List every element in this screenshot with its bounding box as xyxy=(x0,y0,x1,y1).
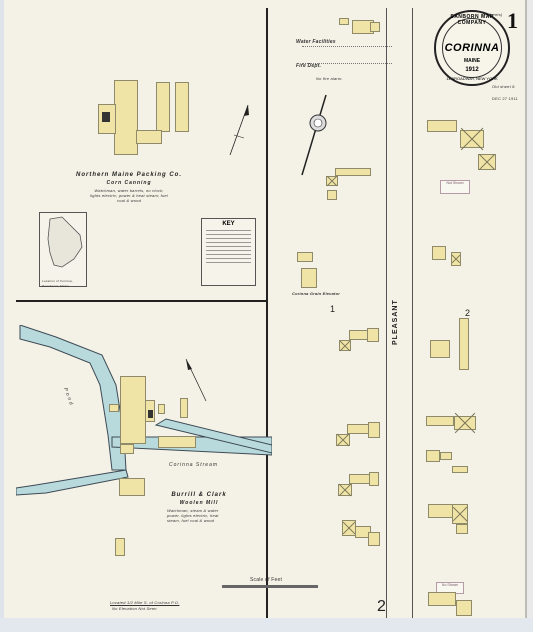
scan-bottom-edge xyxy=(0,618,533,632)
building xyxy=(180,398,188,418)
building xyxy=(339,340,351,351)
building xyxy=(336,434,350,446)
building xyxy=(370,22,380,32)
packing-warehouse-2 xyxy=(175,82,189,132)
packing-subtitle: Corn Canning xyxy=(64,180,194,187)
north-arrow-icon xyxy=(224,100,254,160)
building xyxy=(459,318,469,370)
scale-bar xyxy=(222,585,318,588)
street-line-right xyxy=(412,8,413,618)
fire-dept-note: No fire alarm. xyxy=(316,76,343,81)
archive-date: DEC 27 1911 xyxy=(492,96,518,101)
building xyxy=(342,520,356,536)
compass-rose-icon xyxy=(294,90,334,180)
building xyxy=(430,340,450,358)
mill-main xyxy=(120,376,146,444)
packing-title: Northern Maine Packing Co. xyxy=(64,172,194,179)
packing-shed xyxy=(136,130,162,144)
street-label-pleasant: PLEASANT xyxy=(392,299,399,345)
packing-warehouse-1 xyxy=(156,82,170,132)
city-title: CORINNA xyxy=(436,42,508,54)
street-line-left xyxy=(386,8,387,618)
building xyxy=(452,466,468,473)
grain-elevator-label: Corinna Grain Elevator xyxy=(292,291,340,296)
building xyxy=(335,168,371,176)
building xyxy=(440,452,452,460)
building xyxy=(426,450,440,462)
building xyxy=(115,538,125,556)
building xyxy=(339,18,349,25)
building xyxy=(349,330,369,340)
mill-title: Burrill & Clark xyxy=(154,492,244,499)
building xyxy=(158,436,196,448)
building xyxy=(338,484,352,496)
building xyxy=(456,600,472,616)
building xyxy=(454,416,476,430)
sheet-note: (2 Sheets) xyxy=(482,12,502,17)
packing-boiler xyxy=(102,112,110,122)
boiler xyxy=(148,410,153,418)
building xyxy=(428,504,454,518)
building xyxy=(432,246,446,260)
packing-notes: Watchman, water barrels, no clock; light… xyxy=(89,188,169,203)
location-note-2: No Elevation Not Seen xyxy=(112,606,157,611)
block-number: 1 xyxy=(330,304,335,314)
scale-label: Scale of Feet xyxy=(250,578,282,583)
packing-main xyxy=(114,80,138,155)
building xyxy=(452,504,468,524)
maine-inset-map: Location of Corinna, Penobscot, Maine xyxy=(39,212,87,287)
vertical-divider xyxy=(266,8,268,618)
mill-subtitle: Woolen Mill xyxy=(154,500,244,507)
building xyxy=(451,252,461,266)
building xyxy=(120,444,134,454)
building xyxy=(368,422,380,438)
not-shown-stamp: Not Shown xyxy=(440,180,470,194)
mill-notes: Watchman, steam & water power, lights el… xyxy=(167,508,229,523)
map-key: KEY xyxy=(201,218,256,286)
block-number: 2 xyxy=(465,308,470,318)
building xyxy=(478,154,496,170)
building xyxy=(158,404,165,414)
building xyxy=(428,592,456,606)
building xyxy=(327,190,337,200)
building xyxy=(301,268,317,288)
block-number: 2 xyxy=(377,598,386,616)
scan-edge xyxy=(527,0,533,618)
building xyxy=(426,416,454,426)
archive-note: Old sheet 8 xyxy=(492,84,515,89)
location-note: Located 1/2 Mile S. of Corinna P.O. xyxy=(110,600,179,605)
building xyxy=(349,474,371,484)
sheet-number: 1 xyxy=(507,8,518,34)
horizontal-divider xyxy=(16,300,268,302)
building xyxy=(427,120,457,132)
stream-label: Corinna Stream xyxy=(169,463,218,468)
building xyxy=(119,478,145,496)
building xyxy=(326,176,338,186)
sanborn-seal: SANBORN MAP COMPANY CORINNA MAINE 1912 1… xyxy=(434,10,510,86)
building xyxy=(297,252,313,262)
water-facilities-title: Water Facilities xyxy=(296,40,336,45)
map-sheet: SANBORN MAP COMPANY CORINNA MAINE 1912 1… xyxy=(4,0,527,618)
building xyxy=(456,524,468,534)
building xyxy=(109,404,119,412)
building xyxy=(367,328,379,342)
building xyxy=(460,130,484,148)
building xyxy=(368,532,380,546)
fire-dept-title: Fire Dept. xyxy=(296,64,321,69)
building xyxy=(369,472,379,486)
